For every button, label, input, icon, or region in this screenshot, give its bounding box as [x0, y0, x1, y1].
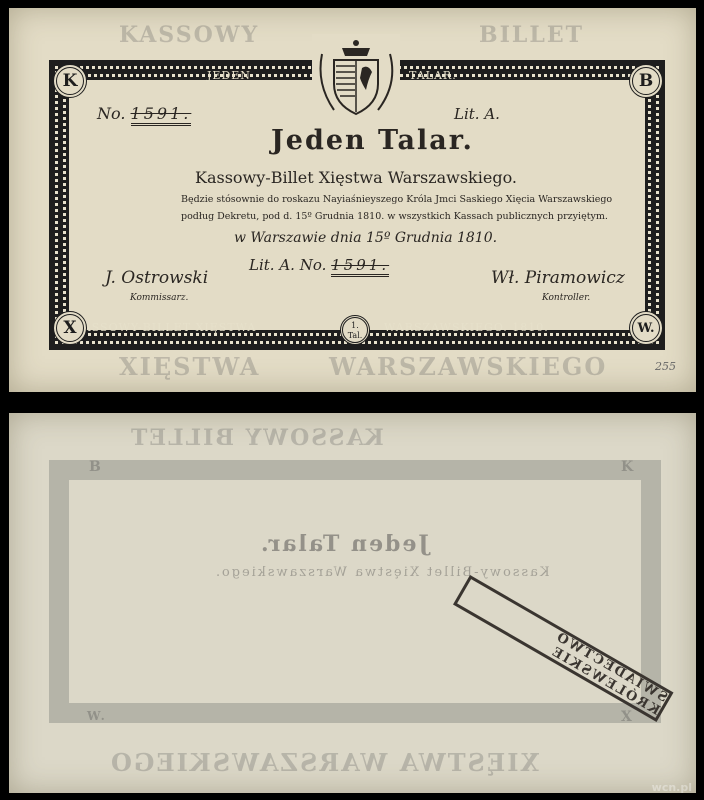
seal-line-2: Tal. [343, 331, 367, 341]
top-band-left-text: JEDEN [207, 69, 251, 82]
bottom-band-left-text: KASSOWY-BILLET XIĘSTWA [74, 321, 256, 334]
serial-number-bottom: 1591. [331, 256, 389, 277]
back-corner-b: B [89, 459, 103, 475]
banknote-back: KASSOWY BILLET B K W. X Jeden Talar. Kas… [9, 413, 696, 793]
date-line: w Warszawie dnia 15º Grudnia 1810. [234, 230, 497, 246]
back-ghost-top: KASSOWY BILLET [129, 425, 384, 451]
corner-letter-b: B [629, 64, 663, 98]
corner-letter-k: K [53, 64, 87, 98]
back-corner-x: X [621, 709, 634, 725]
serial-block-top: No. 1591. [97, 104, 191, 123]
serial-number: 1591. [131, 104, 192, 126]
signature-kommissarz: J. Ostrowski [105, 268, 208, 288]
role-kommissarz: Kommissarz. [130, 293, 188, 303]
body-line-2: podług Dekretu, pod d. 15º Grudnia 1810.… [181, 211, 608, 222]
serial-label: No. [97, 104, 125, 123]
corner-letter-x: X [53, 311, 87, 345]
serial-label-bottom: No. [300, 256, 327, 274]
note-subtitle: Kassowy-Billet Xięstwa Warszawskiego. [195, 168, 517, 187]
denomination-seal: 1. Tal. [340, 315, 370, 345]
body-line-1: Będzie stósownie do roskazu Nayiaśnieysz… [181, 194, 612, 205]
top-band-right-text: TALAR. [409, 69, 457, 82]
back-ghost-subtitle: Kassowy-Billet Xięstwa Warszawskiego. [214, 565, 550, 580]
serial-block-bottom: Lit. A. No. 1591. [249, 256, 389, 274]
lit-label-top: Lit. A. [454, 105, 500, 123]
ghost-text-bottom-left: XIĘSTWA [119, 352, 260, 381]
lit-label-bottom: Lit. A. [249, 256, 295, 274]
coat-of-arms-icon [312, 34, 400, 118]
back-corner-k: K [621, 459, 635, 475]
banknote-front: KASSOWY BILLET XIĘSTWA WARSZAWSKIEGO JED… [9, 8, 696, 392]
ghost-text-top-right: BILLET [479, 22, 584, 48]
seal-line-1: 1. [343, 321, 367, 331]
back-ghost-title: Jeden Talar. [259, 531, 429, 557]
note-title: Jeden Talar. [271, 125, 474, 156]
bottom-band-right-text: WARSZAWSKIEGO. 1810. [384, 321, 549, 334]
ghost-text-bottom-right: WARSZAWSKIEGO [329, 352, 607, 381]
back-corner-w: W. [87, 709, 107, 723]
pencil-note: 255 [655, 360, 676, 373]
signature-kontroller: Wł. Piramowicz [491, 268, 625, 288]
role-kontroller: Kontroller. [542, 293, 590, 303]
ghost-text-top-left: KASSOWY [119, 22, 259, 48]
back-ghost-bottom: XIĘSTWA WARSZAWSKIEGO [109, 748, 539, 777]
watermark: wcn.pl [652, 781, 692, 794]
corner-letter-w: W. [629, 311, 663, 345]
back-bleed-through-border [49, 460, 661, 723]
